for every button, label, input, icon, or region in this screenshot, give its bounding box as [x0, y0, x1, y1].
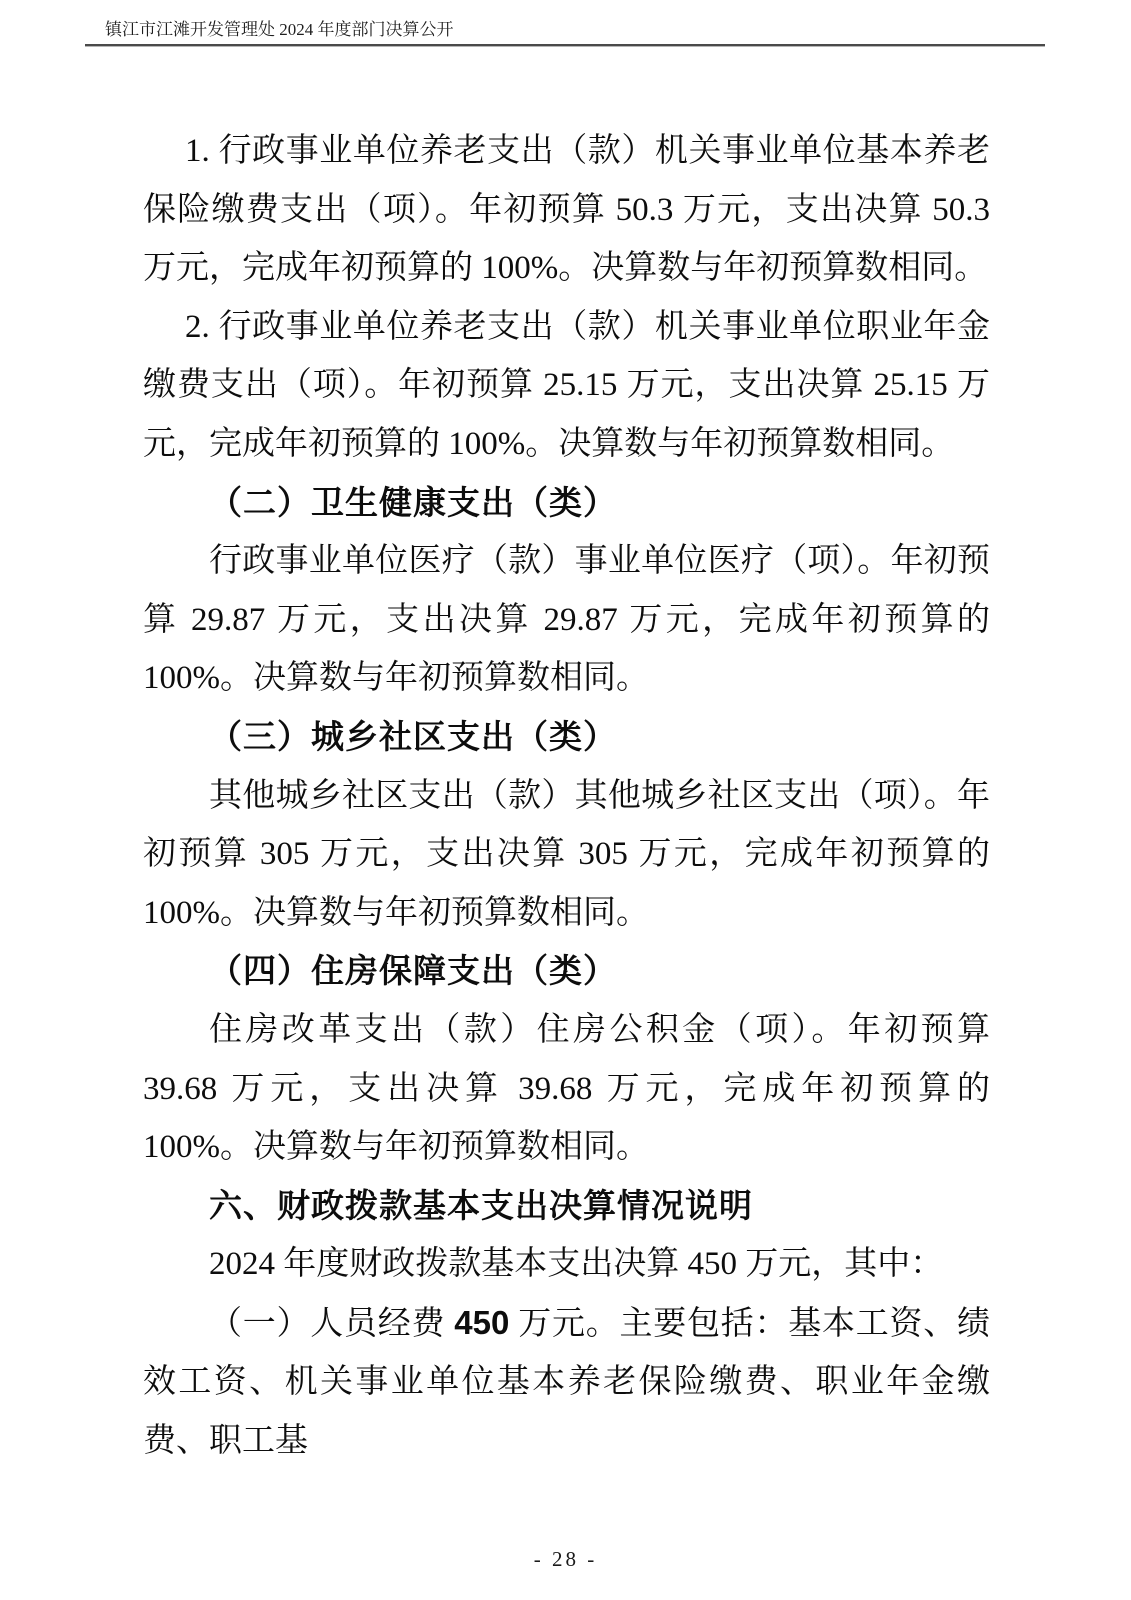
- paragraph: 其他城乡社区支出（款）其他城乡社区支出（项）。年初预算 305 万元，支出决算 …: [143, 767, 990, 943]
- text-segment: （二）卫生健康支出（类）: [209, 484, 617, 521]
- text-segment: 行政事业单位医疗（款）事业单位医疗（项）。年初预算 29.87 万元，支出决算 …: [143, 543, 990, 696]
- text-segment: （三）城乡社区支出（类）: [209, 718, 617, 755]
- page-header: 镇江市江滩开发管理处 2024 年度部门决算公开: [85, 20, 1045, 47]
- text-segment: 六、财政拨款基本支出决算情况说明: [209, 1187, 753, 1224]
- paragraph: 住房改革支出（款）住房公积金（项）。年初预算 39.68 万元，支出决算 39.…: [143, 1001, 990, 1177]
- text-segment: 住房改革支出（款）住房公积金（项）。年初预算 39.68 万元，支出决算 39.…: [143, 1012, 990, 1165]
- section-heading: （二）卫生健康支出（类）: [143, 474, 990, 533]
- section-heading: （三）城乡社区支出（类）: [143, 708, 990, 767]
- paragraph: 行政事业单位医疗（款）事业单位医疗（项）。年初预算 29.87 万元，支出决算 …: [143, 532, 990, 708]
- text-segment: （四）住房保障支出（类）: [209, 952, 617, 989]
- header-title: 镇江市江滩开发管理处 2024 年度部门决算公开: [105, 20, 1045, 40]
- text-segment: 1. 行政事业单位养老支出（款）机关事业单位基本养老保险缴费支出（项）。年初预算…: [143, 133, 990, 286]
- text-segment: 2024 年度财政拨款基本支出决算 450 万元，其中：: [209, 1246, 943, 1282]
- paragraph: 1. 行政事业单位养老支出（款）机关事业单位基本养老保险缴费支出（项）。年初预算…: [143, 122, 990, 298]
- document-body: 1. 行政事业单位养老支出（款）机关事业单位基本养老保险缴费支出（项）。年初预算…: [143, 122, 990, 1471]
- text-segment: 其他城乡社区支出（款）其他城乡社区支出（项）。年初预算 305 万元，支出决算 …: [143, 778, 990, 931]
- document-page: 镇江市江滩开发管理处 2024 年度部门决算公开 1. 行政事业单位养老支出（款…: [0, 0, 1131, 1600]
- text-segment: （一）人员经费: [209, 1306, 454, 1342]
- page-number: - 28 -: [0, 1547, 1131, 1572]
- paragraph: （一）人员经费 450 万元。主要包括：基本工资、绩效工资、机关事业单位基本养老…: [143, 1294, 990, 1471]
- header-rule-shadow: [85, 46, 1045, 47]
- text-segment: 2. 行政事业单位养老支出（款）机关事业单位职业年金缴费支出（项）。年初预算 2…: [143, 309, 990, 462]
- paragraph: 2. 行政事业单位养老支出（款）机关事业单位职业年金缴费支出（项）。年初预算 2…: [143, 298, 990, 474]
- section-heading: 六、财政拨款基本支出决算情况说明: [143, 1177, 990, 1236]
- section-heading: （四）住房保障支出（类）: [143, 942, 990, 1001]
- paragraph: 2024 年度财政拨款基本支出决算 450 万元，其中：: [143, 1235, 990, 1294]
- text-segment: 450: [454, 1304, 509, 1341]
